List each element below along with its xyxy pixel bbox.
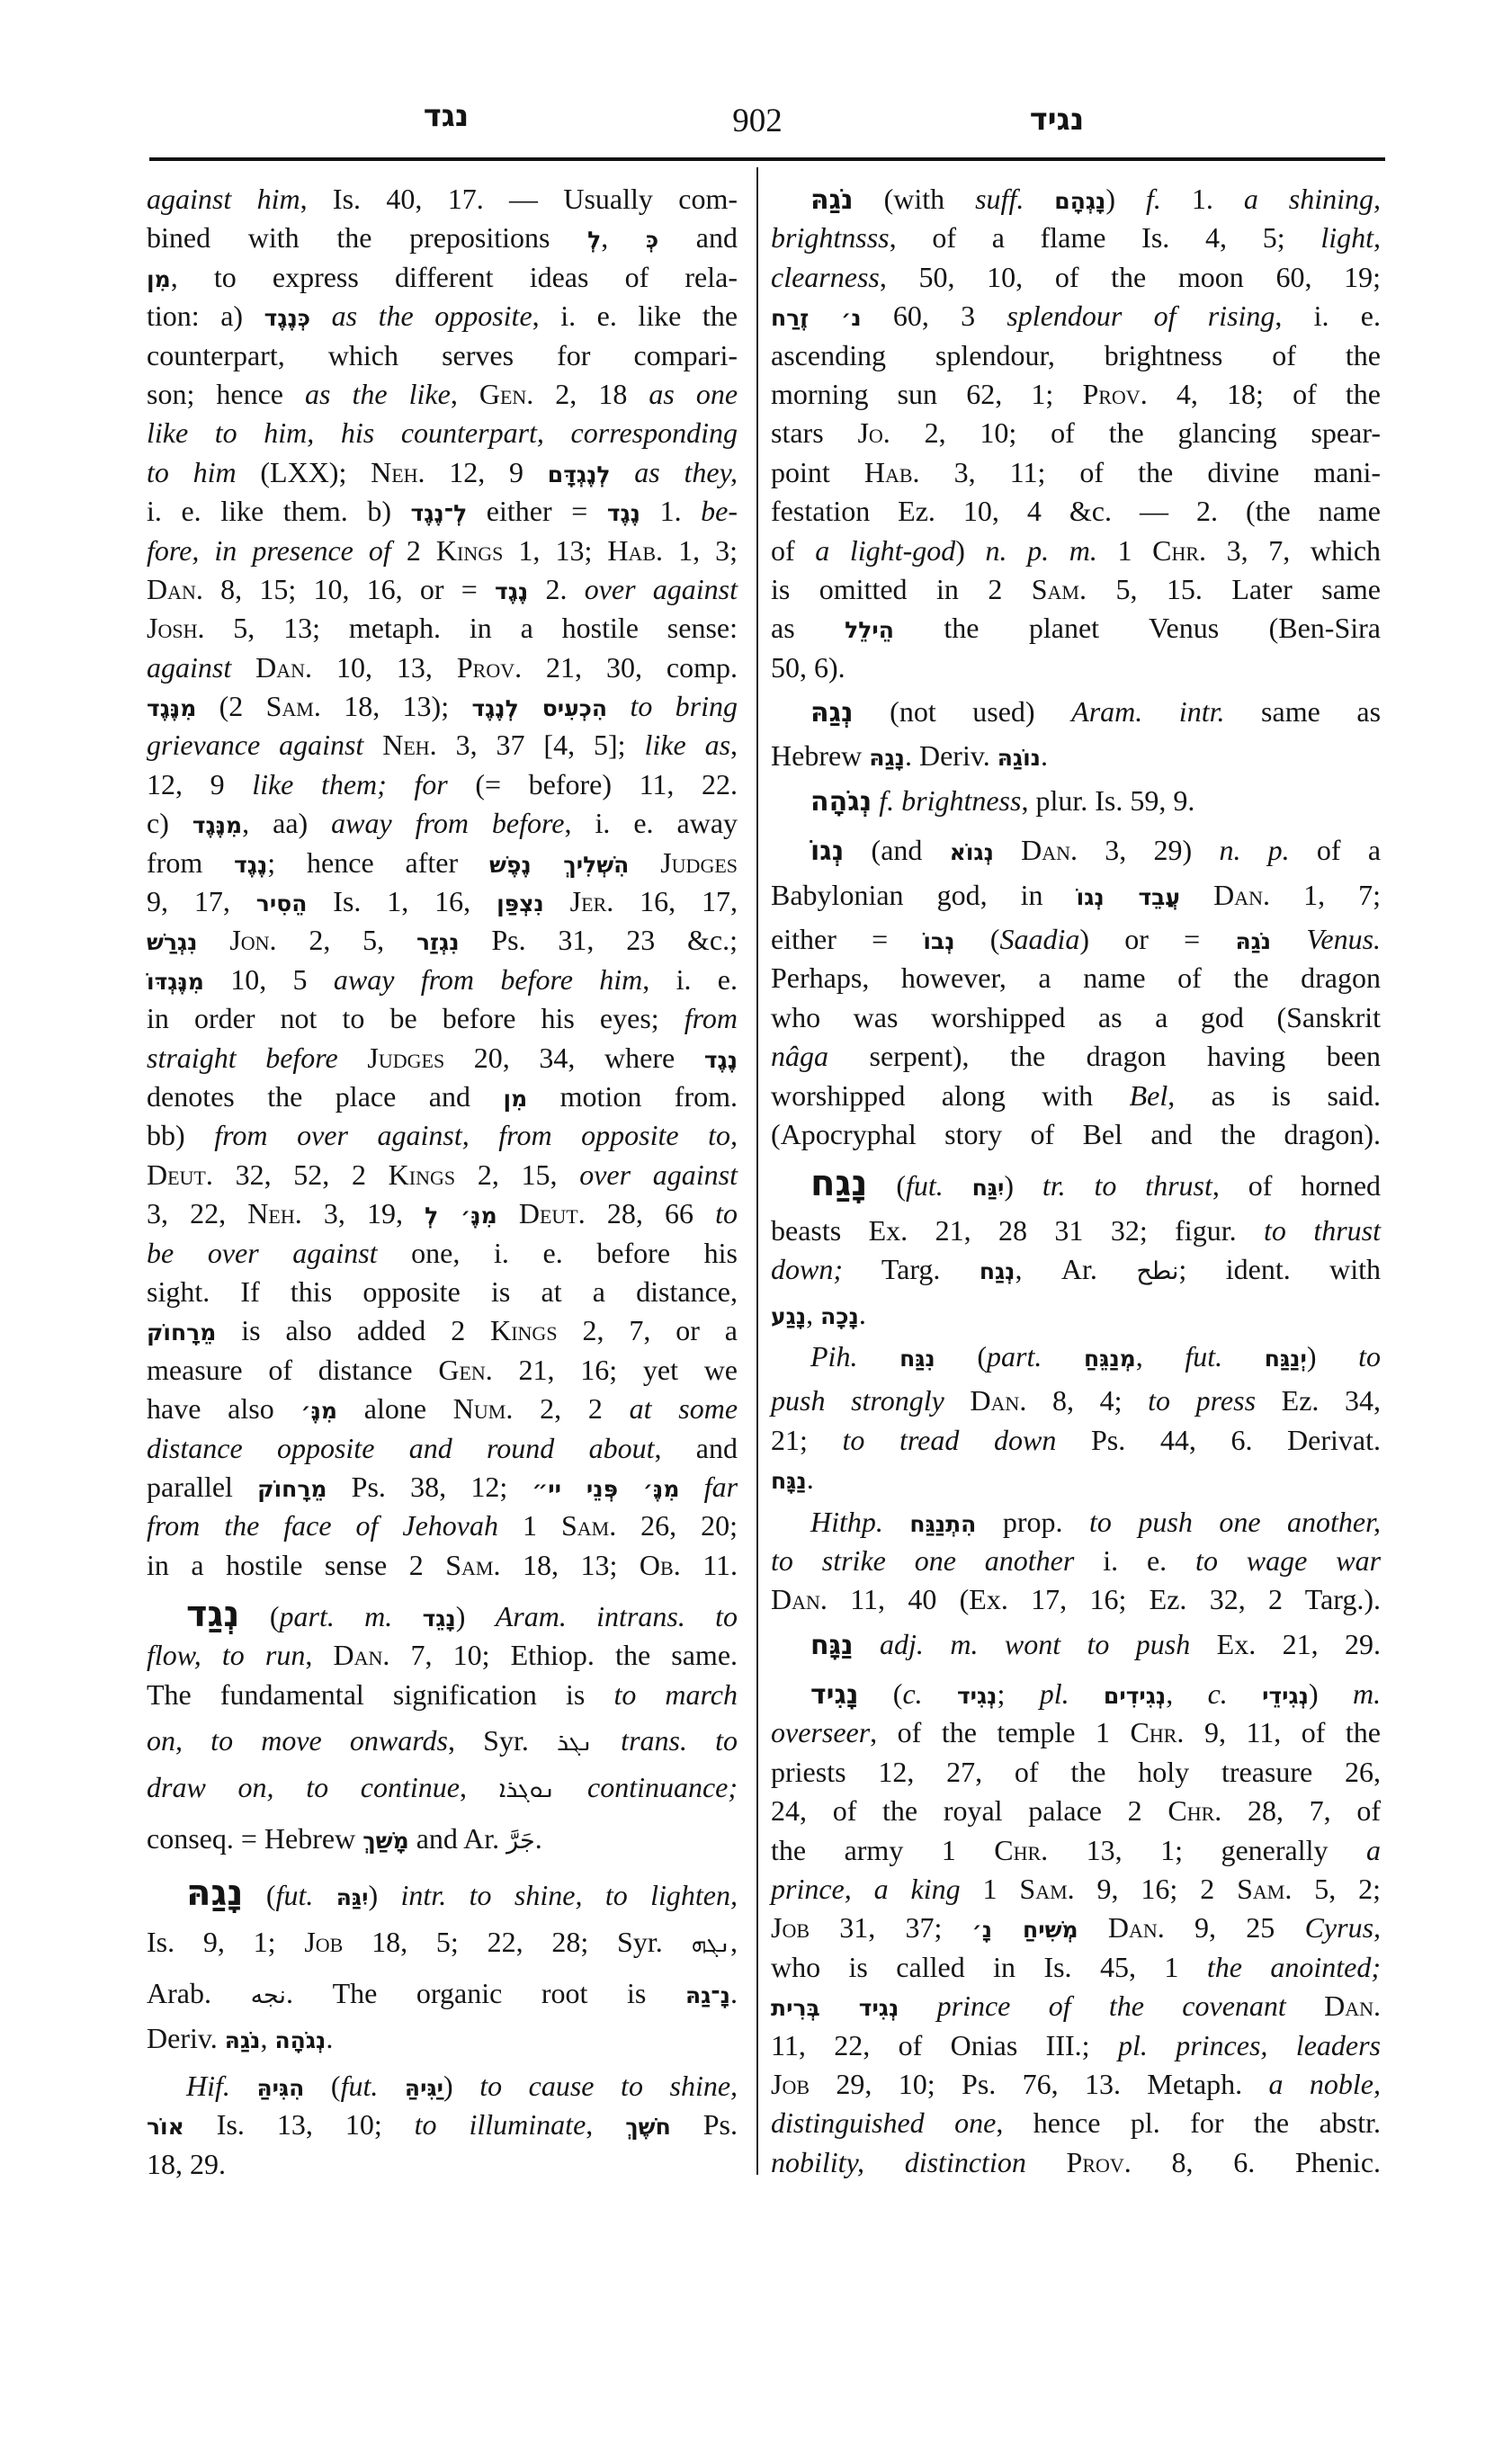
small-caps-reference: Sam. [266, 690, 321, 722]
column-divider [756, 167, 758, 2175]
roman-text: , [730, 729, 738, 761]
italic-text: fut. [1185, 1340, 1222, 1373]
small-caps-reference: Dan. [771, 1583, 828, 1615]
text-line: Perhaps, however, a name of the dragon [771, 959, 1381, 997]
roman-text: morning sun 62, 1; [771, 378, 1082, 410]
hebrew-word: מְנַגֵּחַ [1084, 1346, 1136, 1372]
italic-text: light, [1320, 221, 1381, 254]
roman-text [313, 1879, 336, 1911]
roman-text: 29, 10; Ps. 76, 13. Metaph. [810, 2068, 1269, 2100]
roman-text: bined with the prepositions [147, 221, 587, 254]
italic-text: as one [649, 378, 738, 410]
roman-text: 1. [640, 495, 701, 527]
small-caps-reference: Ob. [640, 1549, 681, 1581]
roman-text: 21; [771, 1424, 843, 1456]
hebrew-headword: נַגָּח [810, 1630, 854, 1661]
italic-text: a light-god [815, 534, 955, 567]
roman-text: (and [844, 834, 949, 866]
text-line: point Hab. 3, 11; of the divine mani- [771, 453, 1381, 492]
text-line: on, to move onwards, Syr. ܢܓܪ trans. to [147, 1721, 738, 1760]
text-line: מִן, to express different ideas of rela- [147, 258, 738, 297]
roman-text: 28, 7, of [1221, 1794, 1381, 1827]
roman-text [629, 846, 660, 879]
text-line: is omitted in 2 Sam. 5, 15. Later same [771, 570, 1381, 609]
roman-text: 18, 5; 22, 28; Syr. [343, 1926, 691, 1958]
italic-text: to [715, 1197, 738, 1229]
small-caps-reference: Dan. [147, 573, 203, 605]
roman-text: 2, 2 [513, 1392, 629, 1425]
roman-text: is omitted in 2 [771, 573, 1032, 605]
roman-text: 8, 15; 10, 16, or = [203, 573, 495, 605]
hebrew-word: נְגַח [980, 1258, 1015, 1284]
small-caps-reference: Deut. [519, 1197, 586, 1229]
roman-text: 13, 1; generally [1048, 1834, 1366, 1866]
roman-text: , to express different ideas of rela- [171, 261, 738, 293]
roman-text: i. e. [1074, 1544, 1195, 1577]
roman-text: , [305, 1639, 333, 1671]
roman-text: . The organic root is [286, 1977, 685, 2009]
text-line: measure of distance Gen. 21, 16; yet we [147, 1351, 738, 1390]
hebrew-word: חֹשֶׁךְ [625, 2114, 671, 2140]
small-caps-reference: Neh. [371, 456, 425, 488]
text-line: 3, 22, Neh. 3, 19, מִנֶּ׳ לְ Deut. 28, 6… [147, 1194, 738, 1233]
roman-text: The fundamental signification is [147, 1678, 613, 1711]
hebrew-word: מֵרָחוֹק [257, 1476, 327, 1502]
roman-text: ) [1004, 1169, 1042, 1202]
small-caps-reference: Sam. [1032, 573, 1087, 605]
roman-text: from [147, 846, 234, 879]
text-line: נָגִיד (c. נְגִיד; pl. נְגִידִים, c. נְג… [771, 1675, 1381, 1713]
text-line: נְגַהּ (not used) Aram. intr. same as [771, 693, 1381, 731]
text-line: to him (LXX); Neh. 12, 9 לְנֶגְדָּם as t… [147, 453, 738, 492]
roman-text: 11, 40 (Ex. 17, 16; Ez. 32, 2 Targ.). [828, 1583, 1381, 1615]
hebrew-headword: נְגַהּ [810, 697, 854, 729]
text-line: 9, 17, הֵסִיר Is. 1, 16, נִצְפַּן Jer. 1… [147, 882, 738, 921]
hebrew-word: נֹגַהּ [225, 2027, 261, 2053]
roman-text: who was worshipped as a god (Sanskrit [771, 1001, 1381, 1033]
roman-text [899, 1990, 936, 2022]
roman-text: 1 [498, 1509, 561, 1542]
roman-text: 9, 16; 2 [1075, 1873, 1237, 1905]
italic-text: on, to move onwards [147, 1724, 448, 1757]
text-line: Hithp. הִתְנַגַּח prop. to push one anot… [771, 1503, 1381, 1542]
text-line: ascending splendour, brightness of the [771, 336, 1381, 375]
roman-text: 10, 13, [312, 651, 457, 684]
text-line: נְגַד (part. m. נָגֵד) Aram. intrans. to [147, 1597, 738, 1636]
italic-text: Hithp. [810, 1506, 883, 1538]
text-line: נְגֹהָה f. brightness, plur. Is. 59, 9. [771, 782, 1381, 820]
italic-text: like them; for [252, 768, 448, 800]
roman-text: of a [1290, 834, 1381, 866]
roman-text: 32, 52, 2 [213, 1158, 389, 1191]
hebrew-headword-large: נָגַח [810, 1163, 867, 1204]
text-line: draw on, to continue, ܢܘܓܪܐ continuance; [147, 1768, 738, 1807]
italic-text: to thrust [1264, 1214, 1381, 1247]
roman-text: Hebrew [771, 739, 869, 772]
hebrew-word: לְ [587, 227, 601, 253]
roman-text: and Ar. [409, 1822, 506, 1855]
italic-text: part. [987, 1340, 1042, 1373]
small-caps-reference: Prov. [457, 651, 522, 684]
roman-text: . [807, 1462, 814, 1495]
italic-text: n. p. m. [986, 534, 1097, 567]
roman-text: 1 [1097, 534, 1152, 567]
text-line: bb) from over against, from opposite to, [147, 1116, 738, 1155]
roman-text: , i. e. away [564, 807, 738, 839]
roman-text: 12, 9 [147, 768, 252, 800]
roman-text: ) or = [1079, 923, 1235, 955]
roman-text: have also [147, 1392, 300, 1425]
italic-text: to press [1148, 1384, 1256, 1417]
text-line: נָגַהּ (fut. יִגַּהּ) intr. to shine, to… [147, 1876, 738, 1915]
roman-text: the army 1 [771, 1834, 994, 1866]
roman-text: conseq. = Hebrew [147, 1822, 362, 1855]
small-caps-reference: Sam. [561, 1509, 616, 1542]
small-caps-reference: Dan. [1108, 1911, 1165, 1944]
roman-text [310, 300, 332, 332]
hebrew-word: נָכָה [820, 1303, 859, 1329]
italic-text: f. brightness [879, 784, 1021, 817]
hebrew-word: נָגַע [771, 1303, 806, 1329]
roman-text: and [658, 221, 738, 254]
roman-text: 1, 13; [503, 534, 607, 567]
hebrew-word: הִכְעִיס לְנֶגֶד [471, 695, 607, 721]
syriac-word: ܢܓܗ [692, 1930, 731, 1958]
roman-text: . [859, 1298, 866, 1330]
roman-text: , i. e. [1275, 300, 1381, 332]
hebrew-word: לְ־נֶגֶד [411, 500, 468, 526]
roman-text: either = [771, 923, 923, 955]
italic-text: nâga [771, 1040, 828, 1072]
text-line: bined with the prepositions לְ, כְּ and [147, 219, 738, 257]
italic-text: Saadia [999, 923, 1079, 955]
roman-text: 1, 7; [1270, 879, 1381, 911]
roman-text: 5, 13; metaph. in a hostile sense: [204, 612, 738, 644]
roman-text: c) [147, 807, 192, 839]
roman-text: Ps. [671, 2108, 738, 2141]
roman-text: 18, 13; [501, 1549, 640, 1581]
small-caps-reference: Kings [389, 1158, 455, 1191]
small-caps-reference: Kings [436, 534, 503, 567]
roman-text: 26, 20; [616, 1509, 738, 1542]
hebrew-word: מִנֶּגֶד [147, 695, 196, 721]
roman-text [593, 1724, 621, 1757]
italic-text: c. [1208, 1677, 1228, 1710]
text-line: prince, a king 1 Sam. 9, 16; 2 Sam. 5, 2… [771, 1870, 1381, 1909]
text-line: down; Targ. נְגַח, Ar. نطح; ident. with [771, 1250, 1381, 1289]
text-line: be over against one, i. e. before his [147, 1234, 738, 1273]
roman-text: ) [1309, 1677, 1353, 1710]
roman-text: ( [240, 1600, 280, 1632]
italic-text: as the opposite [332, 300, 532, 332]
text-line: as הֵילֵל the planet Venus (Ben-Sira [771, 609, 1381, 648]
text-line: (Apocryphal story of Bel and the dragon)… [771, 1115, 1381, 1154]
roman-text: Ex. 21, 29. [1190, 1628, 1381, 1660]
italic-text: Cyrus, [1305, 1911, 1381, 1944]
text-line: 50, 6). [771, 648, 1381, 687]
roman-text: ; ident. with [1178, 1253, 1381, 1285]
hebrew-word: נִגְזַר [416, 929, 460, 955]
syriac-word: ܢܘܓܪܐ [499, 1775, 556, 1803]
hebrew-word: נַגָּח [771, 1468, 807, 1494]
roman-text: in order not to be before his eyes; [147, 1002, 684, 1034]
roman-text: ( [955, 923, 1000, 955]
roman-text: ; [998, 1677, 1040, 1710]
roman-text [555, 1771, 587, 1803]
italic-text: from over against, from opposite to, [214, 1119, 738, 1151]
roman-text: , Syr. [448, 1724, 557, 1757]
text-line: either = נְבוֹ (Saadia) or = נֹגַהּ Venu… [771, 920, 1381, 959]
roman-text: prop. [976, 1506, 1089, 1538]
roman-text: son; hence [147, 378, 305, 410]
roman-text: 9, 25 [1165, 1911, 1305, 1944]
italic-text: Pih. [810, 1340, 857, 1373]
roman-text: in a hostile sense 2 [147, 1549, 445, 1581]
roman-text [1069, 1677, 1104, 1710]
roman-text: either = [467, 495, 607, 527]
hebrew-word: מִן [503, 1086, 527, 1112]
roman-text: 18, 13); [321, 690, 472, 722]
text-line: push strongly Dan. 8, 4; to press Ez. 34… [771, 1381, 1381, 1420]
hebrew-word: הִשְׁלִיךְ נֶפֶשׁ [489, 852, 629, 878]
roman-text: , of a flame Is. 4, 5; [890, 221, 1321, 254]
roman-text: Ez. 34, [1256, 1384, 1381, 1417]
roman-text: , Is. 40, 17. — Usually com- [300, 183, 738, 215]
text-line: Job 29, 10; Ps. 76, 13. Metaph. a noble, [771, 2065, 1381, 2104]
text-line: נ׳ זֶרַח 60, 3 splendour of rising, i. e… [771, 297, 1381, 335]
roman-text [1222, 1340, 1265, 1373]
italic-text: far [704, 1471, 738, 1503]
roman-text: Ps. 38, 12; [327, 1471, 532, 1503]
text-line: brightnsss, of a flame Is. 4, 5; light, [771, 219, 1381, 257]
column-right: נֹגַהּ (with suff. נָגְהָם) f. 1. a shin… [771, 180, 1381, 2182]
small-caps-reference: Hab. [607, 534, 663, 567]
text-line: 11, 22, of Onias III.; pl. princes, lead… [771, 2026, 1381, 2065]
roman-text [338, 1042, 368, 1074]
text-line: נָגַע, נָכָה. [771, 1295, 1381, 1334]
roman-text: of [771, 534, 815, 567]
text-line: Josh. 5, 13; metaph. in a hostile sense: [147, 609, 738, 648]
italic-text: brightnsss [771, 221, 890, 254]
text-line: overseer, of the temple 1 Chr. 9, 11, of… [771, 1713, 1381, 1752]
italic-text: splendour of rising [1007, 300, 1275, 332]
hebrew-headword: נְגֹהָה [810, 786, 872, 818]
roman-text: 1, 3; [663, 534, 738, 567]
small-caps-reference: Job [771, 2068, 810, 2100]
small-caps-reference: Sam. [445, 1549, 500, 1581]
roman-text: , aa) [242, 807, 331, 839]
roman-text: Deriv. [147, 2022, 225, 2054]
text-line: 18, 29. [147, 2145, 738, 2184]
text-line: 24, of the royal palace 2 Chr. 28, 7, of [771, 1792, 1381, 1830]
roman-text: 2 [391, 534, 436, 567]
text-line: מֵרָחוֹק is also added 2 Kings 2, 7, or … [147, 1311, 738, 1350]
small-caps-reference: Chr. [1152, 534, 1206, 567]
small-caps-reference: Chr. [994, 1834, 1048, 1866]
roman-text: , [451, 378, 479, 410]
roman-text [1024, 183, 1054, 215]
roman-text: 5, 2; [1292, 1873, 1381, 1905]
italic-text: a noble, [1269, 2068, 1381, 2100]
roman-text: 1. [1161, 183, 1244, 215]
roman-text: 21, 30, comp. [522, 651, 738, 684]
text-line: Dan. 11, 40 (Ex. 17, 16; Ez. 32, 2 Targ.… [771, 1580, 1381, 1619]
text-line: festation Ez. 10, 4 &c. — 2. (the name [771, 492, 1381, 531]
italic-text: fore, in presence of [147, 534, 391, 567]
roman-text: 28, 66 [586, 1197, 715, 1229]
small-caps-reference: Hab. [864, 456, 920, 488]
small-caps-reference: Judges [660, 846, 738, 879]
italic-text: to him [147, 456, 237, 488]
roman-text: stars [771, 416, 857, 449]
small-caps-reference: Prov. [1082, 378, 1147, 410]
roman-text: 4, 18; of the [1148, 378, 1381, 410]
small-caps-reference: Chr. [1168, 1794, 1221, 1827]
text-line: nobility, distinction Prov. 8, 6. Phenic… [771, 2143, 1381, 2182]
hebrew-word: מֵרָחוֹק [147, 1319, 216, 1346]
roman-text: 11. [681, 1549, 738, 1581]
hebrew-word: יְנַגַּח [1265, 1346, 1307, 1372]
roman-text: (LXX); [237, 456, 371, 488]
roman-text: 3, 37 [4, 5]; [437, 729, 645, 761]
italic-text: Venus. [1306, 923, 1381, 955]
hebrew-word: נְגִיד [957, 1683, 998, 1709]
text-line: Deriv. נֹגַהּ, נְגֹהָה. [147, 2019, 738, 2058]
italic-text: fut. [906, 1169, 944, 1202]
roman-text: bb) [147, 1119, 214, 1151]
roman-text: who is called in Is. 45, 1 [771, 1951, 1207, 1983]
italic-text: nobility, distinction [771, 2146, 1026, 2178]
roman-text: 3, 19, [302, 1197, 425, 1229]
text-line: who was worshipped as a god (Sanskrit [771, 998, 1381, 1037]
text-line: the army 1 Chr. 13, 1; generally a [771, 1831, 1381, 1870]
text-line: flow, to run, Dan. 7, 10; Ethiop. the sa… [147, 1636, 738, 1675]
italic-text: m. [1353, 1677, 1381, 1710]
roman-text: ( [243, 1879, 275, 1911]
roman-text: , plur. Is. 59, 9. [1021, 784, 1194, 817]
italic-text: to cause to shine, [479, 2070, 738, 2102]
text-line: distance opposite and round about, and [147, 1429, 738, 1468]
roman-text: 1 [961, 1873, 1020, 1905]
roman-text [1042, 1340, 1084, 1373]
hebrew-word: נָגַהּ [869, 745, 905, 771]
italic-text: clearness [771, 261, 880, 293]
roman-text: is also added 2 [216, 1314, 490, 1346]
roman-text: counterpart, which serves for compari- [147, 339, 738, 371]
text-line: נַגָּח adj. m. wont to push Ex. 21, 29. [771, 1625, 1381, 1664]
text-line: Hif. הִגִּיהַּ (fut. יַגִּיהַּ) to cause… [147, 2067, 738, 2106]
roman-text: festation Ez. 10, 4 &c. — 2. (the name [771, 495, 1381, 527]
roman-text: 3, 7, which [1206, 534, 1381, 567]
roman-text: the planet Venus (Ben-Sira [894, 612, 1381, 644]
roman-text: . [730, 1977, 738, 2009]
arabic-word: جَرَّ [506, 1827, 535, 1855]
hebrew-word: מִן [147, 266, 171, 292]
roman-text [857, 1340, 899, 1373]
roman-text: (not used) [854, 695, 1072, 728]
text-line: beasts Ex. 21, 28 31 32; figur. to thrus… [771, 1212, 1381, 1250]
roman-text: 2, 5, [277, 924, 416, 956]
roman-text: (with [854, 183, 975, 215]
italic-text: a shining, [1244, 183, 1381, 215]
roman-text: , [260, 2022, 274, 2054]
roman-text: 7, 10; Ethiop. the same. [389, 1639, 738, 1671]
text-line: in a hostile sense 2 Sam. 18, 13; Ob. 11… [147, 1546, 738, 1585]
roman-text: . Deriv. [905, 739, 998, 772]
text-line: who is called in Is. 45, 1 the anointed; [771, 1948, 1381, 1987]
text-line: like to him, his counterpart, correspond… [147, 414, 738, 452]
roman-text: 31, 37; [810, 1911, 972, 1944]
roman-text [944, 1169, 972, 1202]
italic-text: Hif. [186, 2070, 230, 2102]
italic-text: from the face of Jehovah [147, 1509, 498, 1542]
roman-text: beasts Ex. 21, 28 31 32; figur. [771, 1214, 1264, 1247]
text-line: נֹגַהּ (with suff. נָגְהָם) f. 1. a shin… [771, 180, 1381, 219]
hebrew-word: נ׳ זֶרַח [771, 305, 862, 331]
roman-text: parallel [147, 1471, 257, 1503]
roman-text: , 50, 10, of the moon 60, 19; [880, 261, 1381, 293]
roman-text: measure of distance [147, 1354, 438, 1386]
roman-text: 60, 3 [862, 300, 1007, 332]
italic-text: against him [147, 183, 300, 215]
small-caps-reference: Jo. [857, 416, 890, 449]
roman-text: ( [304, 2070, 340, 2102]
roman-text [944, 1384, 971, 1417]
text-line: in order not to be before his eyes; from [147, 999, 738, 1038]
hebrew-word: אוֹר [147, 2114, 184, 2140]
roman-text: ) [443, 2070, 479, 2102]
italic-text: to push one another, [1089, 1506, 1381, 1538]
italic-text: n. p. [1219, 834, 1289, 866]
roman-text [392, 1600, 422, 1632]
italic-text: flow, to run [147, 1639, 305, 1671]
roman-text: . [535, 1822, 542, 1855]
roman-text: 3, 29) [1078, 834, 1219, 866]
italic-text: over against [579, 1158, 738, 1191]
hebrew-word: מִנֶּ׳ פְּנֵי יי״ [532, 1476, 679, 1502]
arabic-word: نطح [1136, 1257, 1178, 1285]
italic-text: like to him, his counterpart, correspond… [147, 416, 738, 449]
text-line: grievance against Neh. 3, 37 [4, 5]; lik… [147, 726, 738, 765]
italic-text: be- [701, 495, 738, 527]
hebrew-word: נוֹגַהּ [998, 745, 1041, 771]
hebrew-word: נִגְרַשׁ [147, 929, 198, 955]
roman-text: Is. 9, 1; [147, 1926, 304, 1958]
roman-text: 2, 18 [533, 378, 649, 410]
hebrew-word: נָגֵד [423, 1605, 456, 1632]
roman-text: , hence pl. for the abstr. [996, 2106, 1381, 2139]
italic-text: like as [644, 729, 730, 761]
roman-text: , [460, 1771, 499, 1803]
small-caps-reference: Dan. [970, 1384, 1026, 1417]
italic-text: at some [630, 1392, 738, 1425]
roman-text: 21, 16; yet we [493, 1354, 738, 1386]
italic-text: as they, [634, 456, 738, 488]
italic-text: overseer [771, 1716, 870, 1748]
italic-text: pl. [1040, 1677, 1069, 1710]
italic-text: grievance against [147, 729, 363, 761]
italic-text: push strongly [771, 1384, 944, 1417]
roman-text: 50, 6). [771, 651, 845, 684]
roman-text: worshipped along with [771, 1079, 1130, 1112]
roman-text [883, 1506, 910, 1538]
roman-text: , and [654, 1432, 738, 1464]
italic-text: from [684, 1002, 738, 1034]
text-line: Dan. 8, 15; 10, 16, or = נֶגֶד 2. over a… [147, 570, 738, 609]
small-caps-reference: Judges [367, 1042, 444, 1074]
hebrew-word: לְנֶגְדָּם [548, 461, 611, 487]
hebrew-word: הִגִּיהַּ [256, 2075, 304, 2101]
